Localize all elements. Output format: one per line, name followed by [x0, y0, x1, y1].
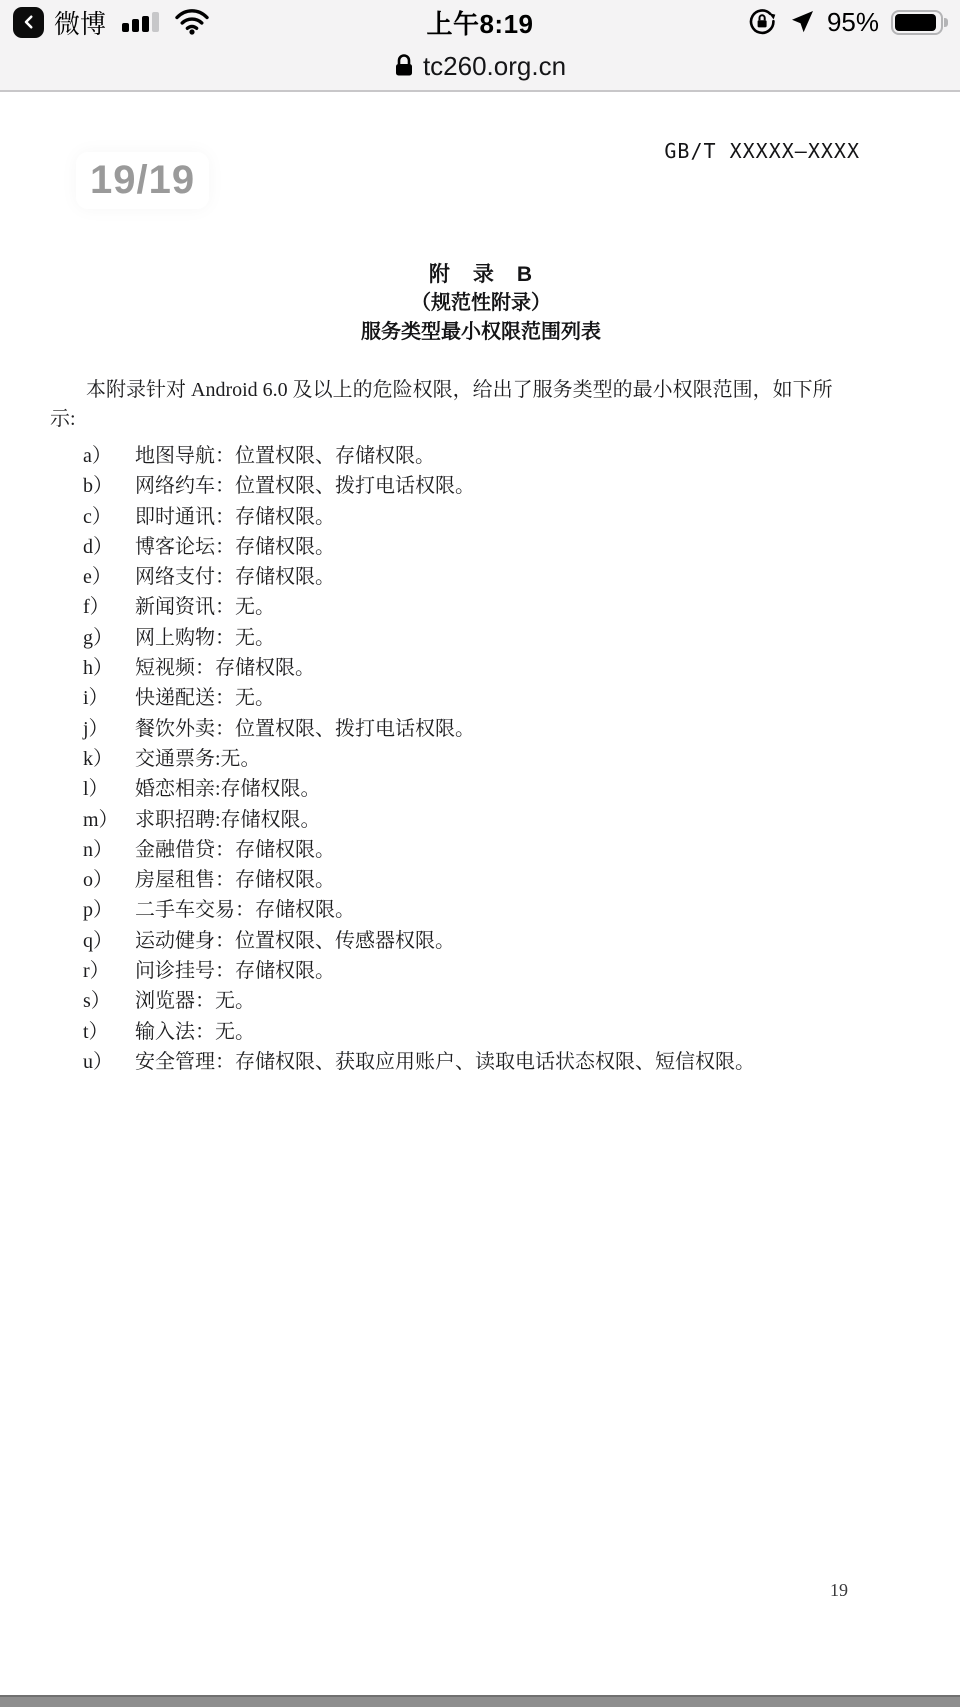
orientation-lock-icon — [747, 7, 777, 37]
item-text: 二手车交易：存储权限。 — [135, 895, 355, 925]
item-text: 房屋租售：存储权限。 — [135, 865, 335, 895]
item-text: 运动健身：位置权限、传感器权限。 — [135, 926, 455, 956]
item-marker: e） — [83, 562, 135, 592]
intro-paragraph-line1: 本附录针对 Android 6.0 及以上的危险权限，给出了服务类型的最小权限范… — [50, 376, 912, 405]
location-arrow-icon — [789, 9, 815, 35]
list-item: j） 餐饮外卖：位置权限、拨打电话权限。 — [83, 714, 912, 744]
list-item: d） 博客论坛：存储权限。 — [83, 532, 912, 562]
item-marker: c） — [83, 502, 135, 532]
item-marker: g） — [83, 623, 135, 653]
item-text: 浏览器：无。 — [135, 986, 255, 1016]
document-header-right: GB/T XXXXX—XXXX — [664, 139, 860, 163]
wifi-icon — [175, 9, 209, 35]
item-marker: k） — [83, 744, 135, 774]
blank-line — [50, 347, 912, 376]
pdf-document-page: 19/19 GB/T XXXXX—XXXX 附 录 B （规范性附录） 服务类型… — [0, 92, 960, 1695]
item-marker: q） — [83, 926, 135, 956]
list-item: g） 网上购物：无。 — [83, 623, 912, 653]
item-text: 金融借贷：存储权限。 — [135, 835, 335, 865]
intro-paragraph-line2: 示: — [50, 405, 912, 434]
item-text: 网上购物：无。 — [135, 623, 275, 653]
page-indicator: 19/19 — [76, 152, 209, 209]
battery-fill — [895, 14, 936, 31]
battery-icon — [891, 10, 943, 35]
item-marker: j） — [83, 714, 135, 744]
item-marker: i） — [83, 683, 135, 713]
list-item: h） 短视频：存储权限。 — [83, 653, 912, 683]
list-item: u） 安全管理：存储权限、获取应用账户、读取电话状态权限、短信权限。 — [83, 1047, 912, 1077]
back-chevron-icon — [20, 13, 38, 31]
item-text: 新闻资讯：无。 — [135, 592, 275, 622]
battery-nub — [944, 18, 948, 27]
list-item: f） 新闻资讯：无。 — [83, 592, 912, 622]
item-marker: t） — [83, 1017, 135, 1047]
item-text: 安全管理：存储权限、获取应用账户、读取电话状态权限、短信权限。 — [135, 1047, 755, 1077]
item-text: 快递配送：无。 — [135, 683, 275, 713]
list-item: t） 输入法：无。 — [83, 1017, 912, 1047]
url-domain: tc260.org.cn — [423, 51, 566, 82]
list-item: k） 交通票务:无。 — [83, 744, 912, 774]
list-item: p） 二手车交易：存储权限。 — [83, 895, 912, 925]
item-marker: m） — [83, 805, 135, 835]
appendix-title: 附 录 B — [50, 260, 912, 289]
item-text: 网络约车：位置权限、拨打电话权限。 — [135, 471, 475, 501]
cellular-signal-icon — [122, 12, 159, 32]
item-marker: a） — [83, 441, 135, 471]
item-text: 交通票务:无。 — [135, 744, 261, 774]
list-item: e） 网络支付：存储权限。 — [83, 562, 912, 592]
item-text: 输入法：无。 — [135, 1017, 255, 1047]
battery-percent-label: 95% — [827, 7, 879, 38]
item-text: 网络支付：存储权限。 — [135, 562, 335, 592]
item-text: 博客论坛：存储权限。 — [135, 532, 335, 562]
item-marker: u） — [83, 1047, 135, 1077]
permission-list: a） 地图导航：位置权限、存储权限。 b） 网络约车：位置权限、拨打电话权限。 … — [50, 441, 912, 1077]
list-item: c） 即时通讯：存储权限。 — [83, 502, 912, 532]
item-marker: r） — [83, 956, 135, 986]
list-item: r） 问诊挂号：存储权限。 — [83, 956, 912, 986]
item-marker: d） — [83, 532, 135, 562]
list-item: o） 房屋租售：存储权限。 — [83, 865, 912, 895]
item-marker: b） — [83, 471, 135, 501]
item-marker: p） — [83, 895, 135, 925]
item-marker: l） — [83, 774, 135, 804]
bottom-toolbar-edge[interactable] — [0, 1695, 960, 1707]
list-item: m） 求职招聘:存储权限。 — [83, 805, 912, 835]
list-item: n） 金融借贷：存储权限。 — [83, 835, 912, 865]
status-bar: 微博 上午8:19 — [0, 0, 960, 44]
appendix-heading: 服务类型最小权限范围列表 — [50, 318, 912, 347]
document-body: 附 录 B （规范性附录） 服务类型最小权限范围列表 本附录针对 Android… — [50, 260, 912, 1077]
appendix-title-block: 附 录 B （规范性附录） 服务类型最小权限范围列表 — [50, 260, 912, 347]
status-bar-right: 95% — [747, 0, 949, 44]
item-marker: n） — [83, 835, 135, 865]
appendix-subtitle: （规范性附录） — [50, 289, 912, 318]
item-text: 餐饮外卖：位置权限、拨打电话权限。 — [135, 714, 475, 744]
list-item: a） 地图导航：位置权限、存储权限。 — [83, 441, 912, 471]
list-item: l） 婚恋相亲:存储权限。 — [83, 774, 912, 804]
item-marker: f） — [83, 592, 135, 622]
item-marker: s） — [83, 986, 135, 1016]
item-text: 婚恋相亲:存储权限。 — [135, 774, 321, 804]
browser-chrome: 微博 上午8:19 — [0, 0, 960, 92]
status-bar-left: 微博 — [13, 0, 209, 44]
address-bar[interactable]: tc260.org.cn — [0, 44, 960, 88]
item-marker: o） — [83, 865, 135, 895]
list-item: i） 快递配送：无。 — [83, 683, 912, 713]
item-text: 求职招聘:存储权限。 — [135, 805, 321, 835]
item-text: 问诊挂号：存储权限。 — [135, 956, 335, 986]
item-text: 即时通讯：存储权限。 — [135, 502, 335, 532]
back-app-label[interactable]: 微博 — [54, 4, 106, 41]
lock-icon — [394, 53, 414, 79]
item-text: 地图导航：位置权限、存储权限。 — [135, 441, 435, 471]
back-to-app-button[interactable] — [13, 7, 44, 38]
safari-mobile-window: 微博 上午8:19 — [0, 0, 960, 1707]
item-marker: h） — [83, 653, 135, 683]
list-item: b） 网络约车：位置权限、拨打电话权限。 — [83, 471, 912, 501]
list-item: q） 运动健身：位置权限、传感器权限。 — [83, 926, 912, 956]
list-item: s） 浏览器：无。 — [83, 986, 912, 1016]
item-text: 短视频：存储权限。 — [135, 653, 315, 683]
page-footer-number: 19 — [830, 1580, 848, 1601]
